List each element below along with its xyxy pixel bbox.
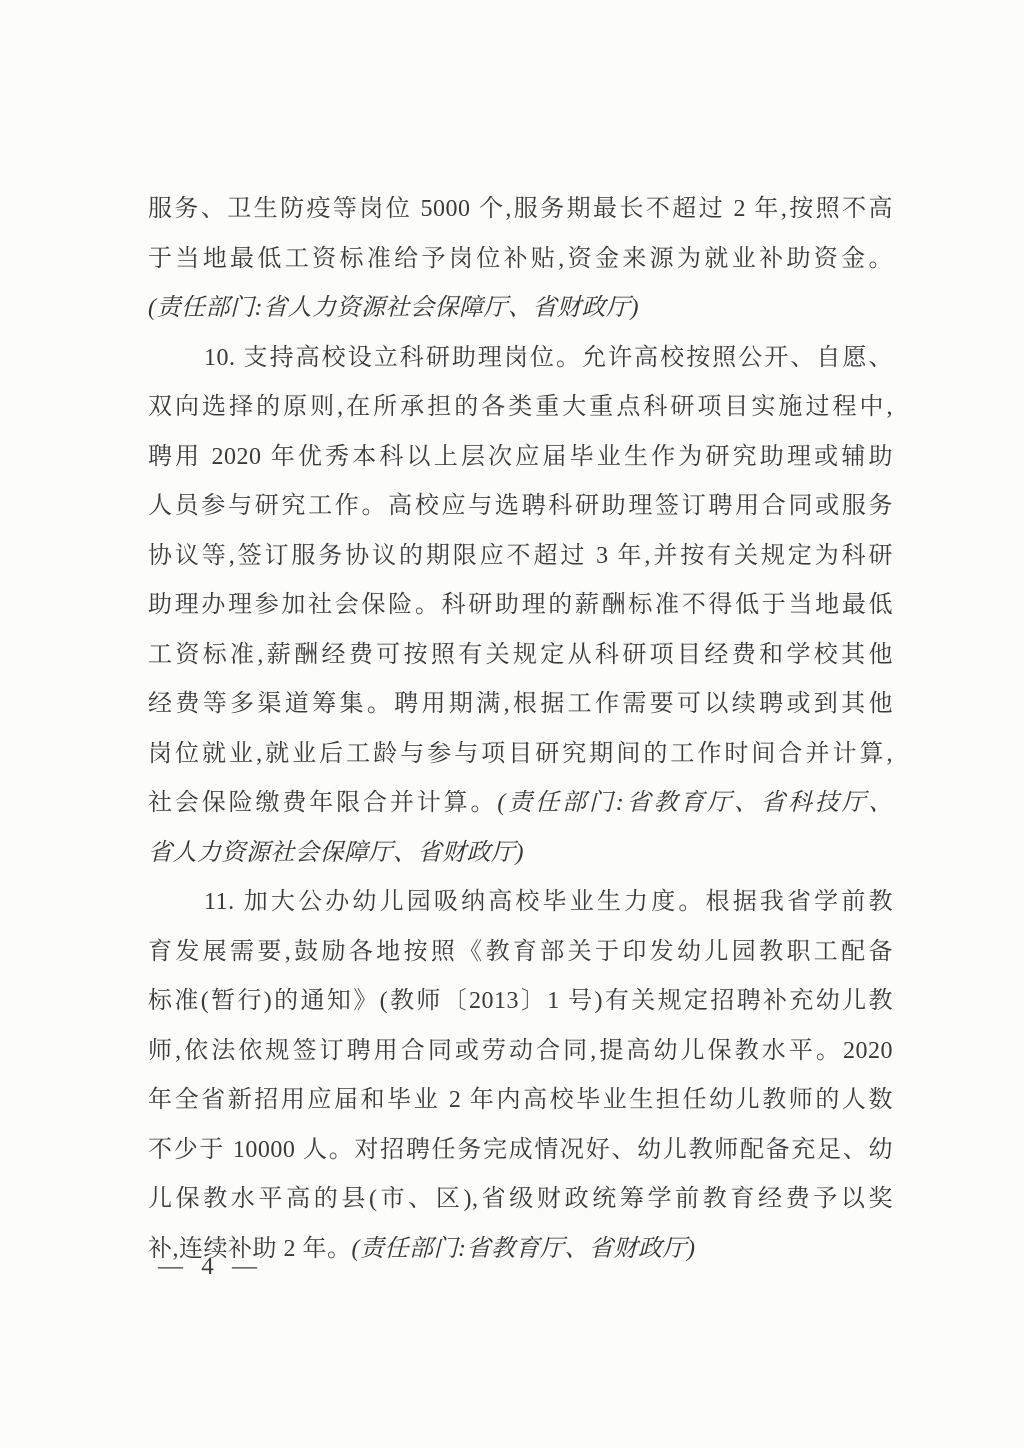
text-line: 协议等,签订服务协议的期限应不超过 3 年,并按有关规定为科研	[148, 532, 893, 582]
responsible-dept-note: (责任部门:省教育厅、省科技厅、	[497, 790, 893, 816]
text-line: (责任部门:省人力资源社会保障厅、省财政厅)	[148, 284, 893, 334]
body-text: 11. 加大公办幼儿园吸纳高校毕业生力度。根据我省学前教	[204, 889, 893, 915]
body-text: 师,依法依规签订聘用合同或劳动合同,提高幼儿保教水平。2020	[148, 1038, 893, 1064]
body-text: 10. 支持高校设立科研助理岗位。允许高校按照公开、自愿、	[204, 345, 893, 371]
body-text: 聘用 2020 年优秀本科以上层次应届毕业生作为研究助理或辅助	[148, 444, 893, 470]
body-text: 助理办理参加社会保险。科研助理的薪酬标准不得低于当地最低	[148, 592, 893, 618]
responsible-dept-note: 省人力资源社会保障厅、省财政厅)	[148, 840, 524, 866]
paragraph-continuation: 服务、卫生防疫等岗位 5000 个,服务期最长不超过 2 年,按照不高 于当地最…	[148, 185, 893, 334]
text-line: 经费等多渠道筹集。聘用期满,根据工作需要可以续聘或到其他	[148, 680, 893, 730]
document-body: 服务、卫生防疫等岗位 5000 个,服务期最长不超过 2 年,按照不高 于当地最…	[148, 185, 893, 1274]
text-line: 工资标准,薪酬经费可按照有关规定从科研项目经费和学校其他	[148, 631, 893, 681]
text-line: 社会保险缴费年限合并计算。(责任部门:省教育厅、省科技厅、	[148, 779, 893, 829]
body-text: 双向选择的原则,在所承担的各类重大重点科研项目实施过程中,	[148, 394, 893, 420]
text-line: 于当地最低工资标准给予岗位补贴,资金来源为就业补助资金。	[148, 235, 893, 285]
body-text: 于当地最低工资标准给予岗位补贴,资金来源为就业补助资金。	[148, 246, 893, 272]
body-text: 服务、卫生防疫等岗位 5000 个,服务期最长不超过 2 年,按照不高	[148, 196, 893, 222]
body-text: 不少于 10000 人。对招聘任务完成情况好、幼儿教师配备充足、幼	[148, 1137, 893, 1163]
text-line: 双向选择的原则,在所承担的各类重大重点科研项目实施过程中,	[148, 383, 893, 433]
body-text: 经费等多渠道筹集。聘用期满,根据工作需要可以续聘或到其他	[148, 691, 893, 717]
body-text: 协议等,签订服务协议的期限应不超过 3 年,并按有关规定为科研	[148, 543, 893, 569]
text-line: 岗位就业,就业后工龄与参与项目研究期间的工作时间合并计算,	[148, 730, 893, 780]
text-line: 11. 加大公办幼儿园吸纳高校毕业生力度。根据我省学前教	[148, 878, 893, 928]
text-line: 10. 支持高校设立科研助理岗位。允许高校按照公开、自愿、	[148, 334, 893, 384]
text-line: 人员参与研究工作。高校应与选聘科研助理签订聘用合同或服务	[148, 482, 893, 532]
text-line: 师,依法依规签订聘用合同或劳动合同,提高幼儿保教水平。2020	[148, 1027, 893, 1077]
page-number: — 4 —	[158, 1250, 263, 1284]
text-line: 育发展需要,鼓励各地按照《教育部关于印发幼儿园教职工配备	[148, 928, 893, 978]
responsible-dept-note: (责任部门:省教育厅、省财政厅)	[352, 1236, 696, 1262]
text-line: 儿保教水平高的县(市、区),省级财政统筹学前教育经费予以奖	[148, 1175, 893, 1225]
text-line: 省人力资源社会保障厅、省财政厅)	[148, 829, 893, 879]
body-text: 标准(暂行)的通知》(教师〔2013〕1 号)有关规定招聘补充幼儿教	[148, 988, 893, 1014]
text-line: 服务、卫生防疫等岗位 5000 个,服务期最长不超过 2 年,按照不高	[148, 185, 893, 235]
body-text: 岗位就业,就业后工龄与参与项目研究期间的工作时间合并计算,	[148, 741, 893, 767]
text-line: 聘用 2020 年优秀本科以上层次应届毕业生作为研究助理或辅助	[148, 433, 893, 483]
text-line: 不少于 10000 人。对招聘任务完成情况好、幼儿教师配备充足、幼	[148, 1126, 893, 1176]
body-text: 社会保险缴费年限合并计算。	[148, 790, 497, 816]
body-text: 工资标准,薪酬经费可按照有关规定从科研项目经费和学校其他	[148, 642, 893, 668]
paragraph-item-10: 10. 支持高校设立科研助理岗位。允许高校按照公开、自愿、 双向选择的原则,在所…	[148, 334, 893, 879]
paragraph-item-11: 11. 加大公办幼儿园吸纳高校毕业生力度。根据我省学前教 育发展需要,鼓励各地按…	[148, 878, 893, 1274]
text-line: 年全省新招用应届和毕业 2 年内高校毕业生担任幼儿教师的人数	[148, 1076, 893, 1126]
body-text: 儿保教水平高的县(市、区),省级财政统筹学前教育经费予以奖	[148, 1186, 893, 1212]
body-text: 育发展需要,鼓励各地按照《教育部关于印发幼儿园教职工配备	[148, 939, 893, 965]
text-line: 助理办理参加社会保险。科研助理的薪酬标准不得低于当地最低	[148, 581, 893, 631]
body-text: 人员参与研究工作。高校应与选聘科研助理签订聘用合同或服务	[148, 493, 893, 519]
document-page: 服务、卫生防疫等岗位 5000 个,服务期最长不超过 2 年,按照不高 于当地最…	[0, 0, 1024, 1448]
text-line: 标准(暂行)的通知》(教师〔2013〕1 号)有关规定招聘补充幼儿教	[148, 977, 893, 1027]
body-text: 年全省新招用应届和毕业 2 年内高校毕业生担任幼儿教师的人数	[148, 1087, 893, 1113]
responsible-dept-note: (责任部门:省人力资源社会保障厅、省财政厅)	[148, 295, 639, 321]
